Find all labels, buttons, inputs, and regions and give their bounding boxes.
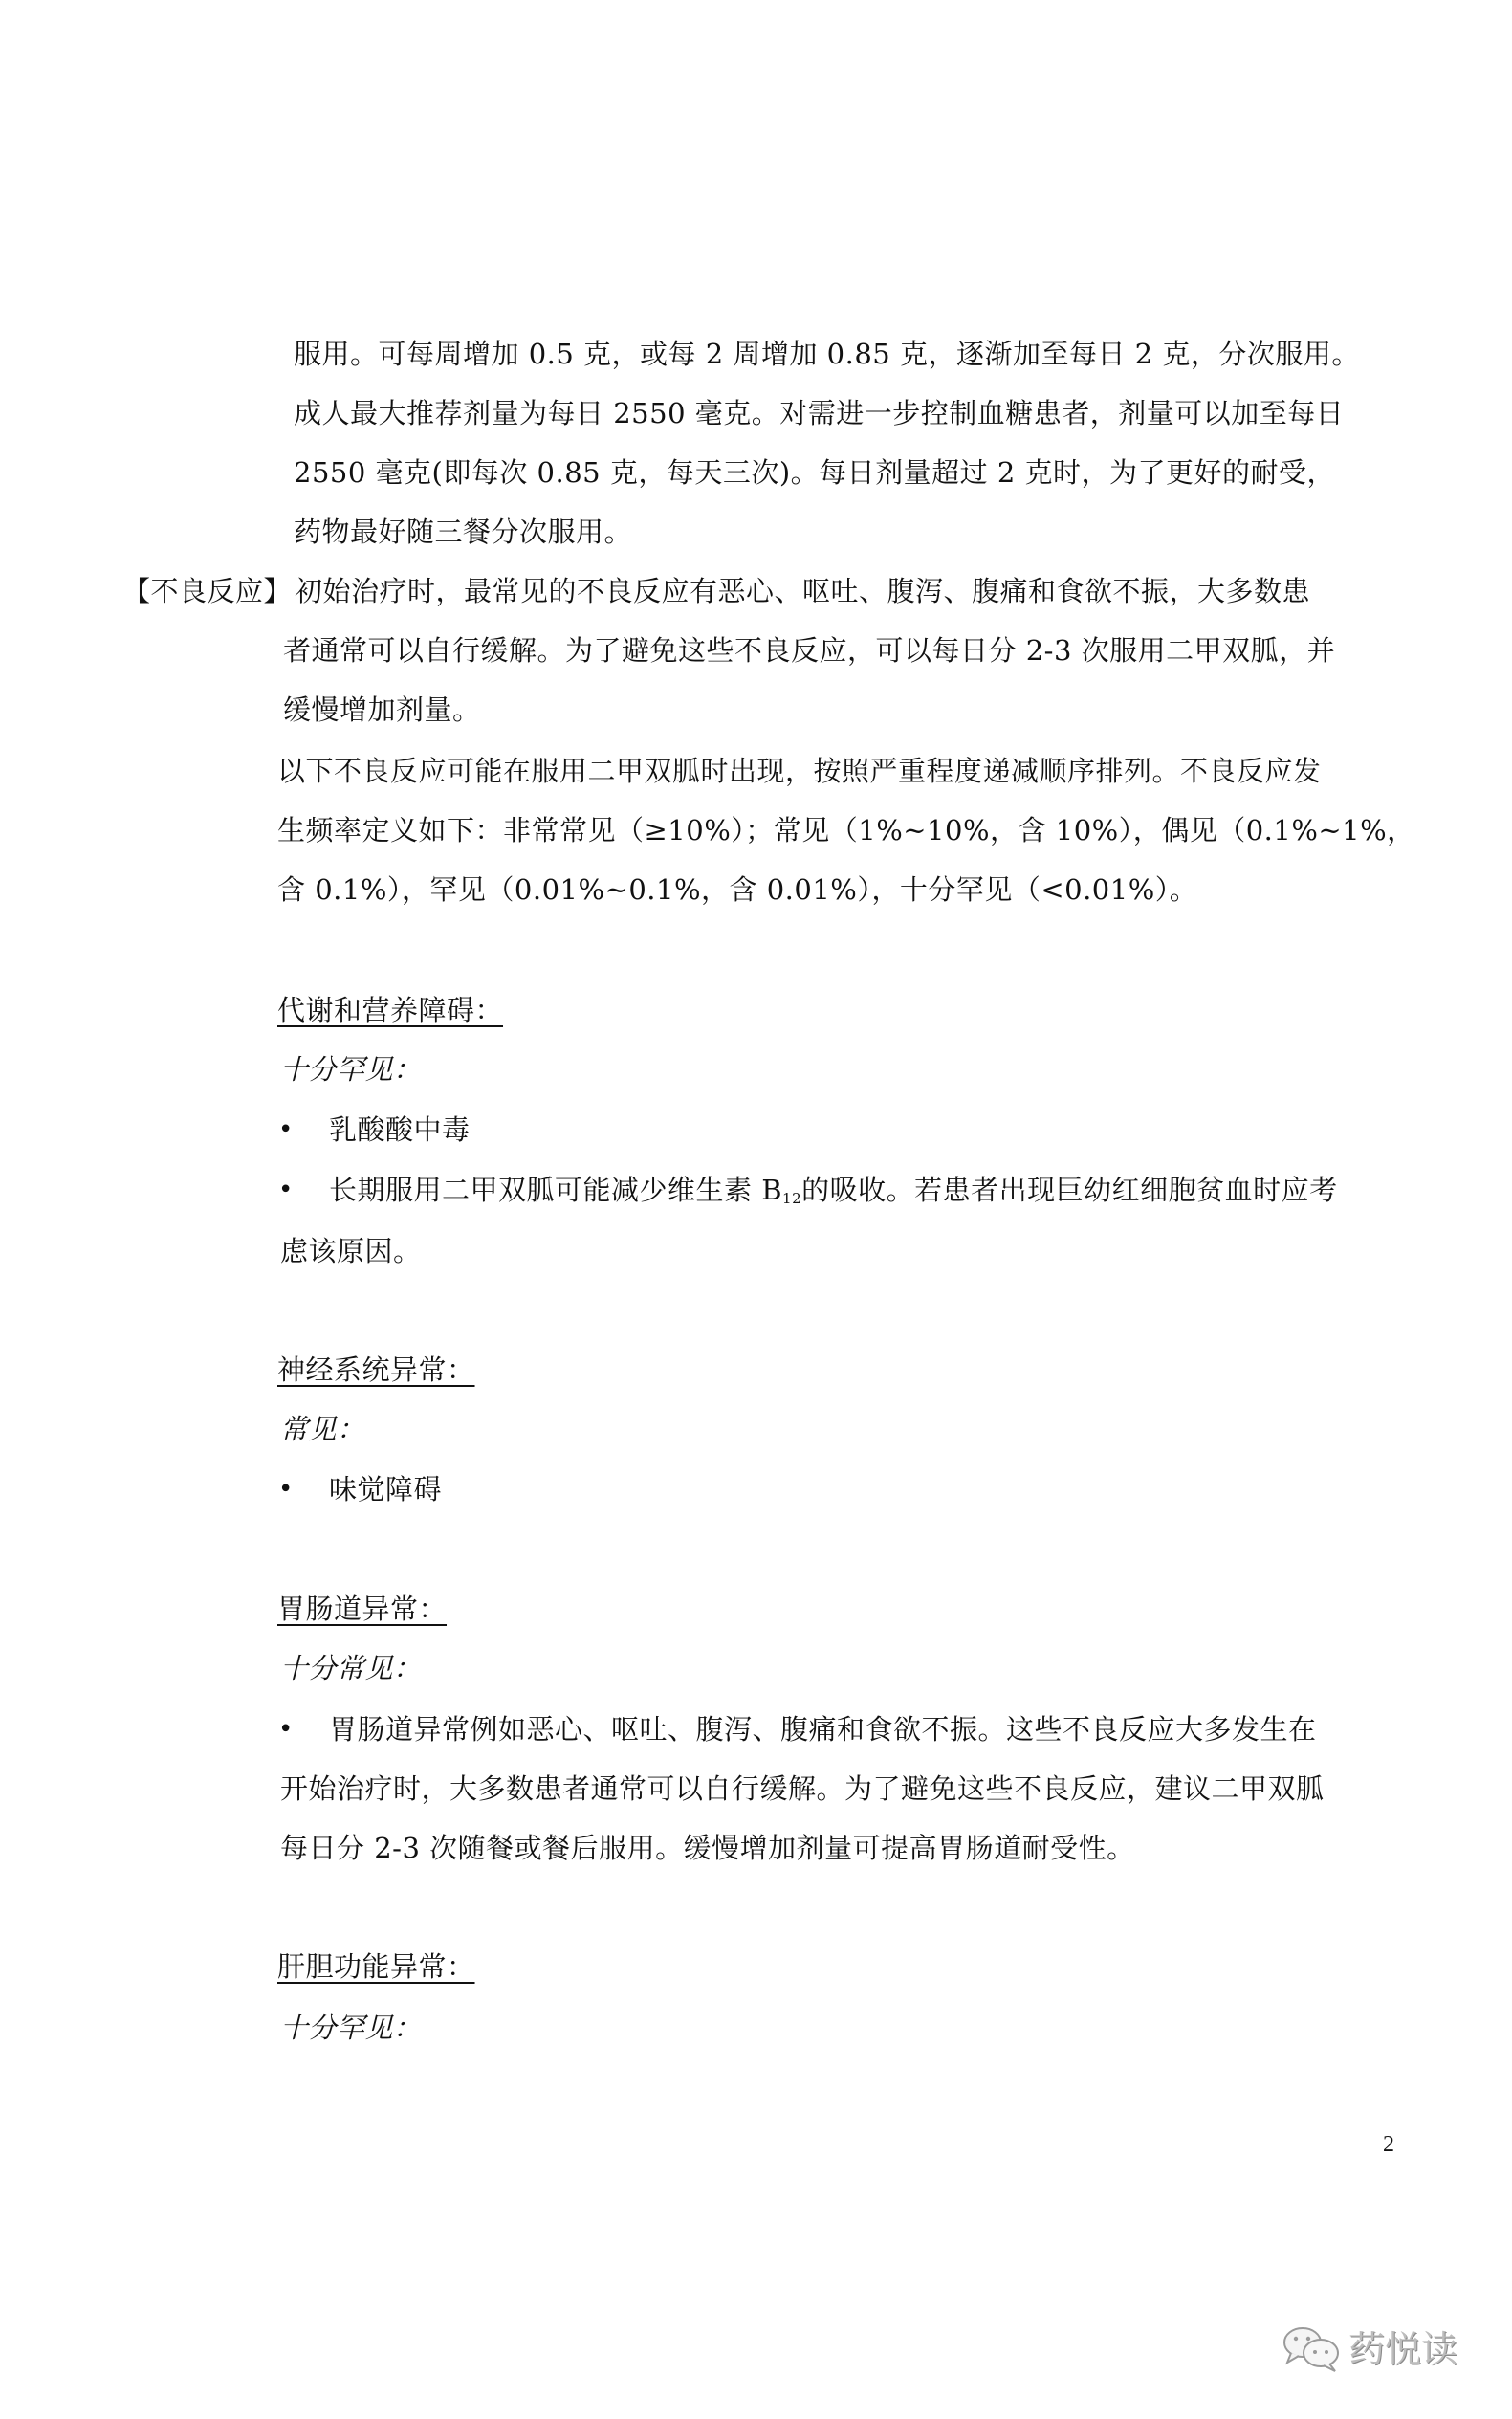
subscript-12: 12 xyxy=(782,1190,801,1207)
dosage-line-2: 成人最大推荐剂量为每日 2550 毫克。对需进一步控制血糖患者，剂量可以加至每日 xyxy=(294,394,1344,432)
section-title: 神经系统异常： xyxy=(277,1353,475,1386)
adverse-intro-line-3: 缓慢增加剂量。 xyxy=(283,691,481,729)
wechat-icon xyxy=(1282,2324,1343,2374)
frequency-line-2: 生频率定义如下：非常常见（≥10%）；常见（1%~10%，含 10%），偶见（0… xyxy=(277,811,1415,849)
section-heading-nervous-system: 神经系统异常： xyxy=(277,1351,504,1389)
adverse-intro-line-1: 初始治疗时，最常见的不良反应有恶心、呕吐、腹泻、腹痛和食欲不振，大多数患 xyxy=(295,572,1310,610)
bullet-item-b12: 长期服用二甲双胍可能减少维生素 B12的吸收。若患者出现巨幼红细胞贫血时应考 xyxy=(329,1171,1338,1218)
section-heading-metabolism: 代谢和营养障碍： xyxy=(277,991,532,1029)
dosage-line-4: 药物最好随三餐分次服用。 xyxy=(294,513,632,551)
bullet-icon: • xyxy=(278,1171,293,1209)
adverse-reactions-label: 【不良反应】 xyxy=(122,572,292,610)
bullet-item-gi-continuation-1: 开始治疗时，大多数患者通常可以自行缓解。为了避免这些不良反应，建议二甲双胍 xyxy=(280,1770,1325,1808)
frequency-label-common: 常见： xyxy=(280,1410,365,1448)
page-number: 2 xyxy=(1383,2130,1394,2159)
frequency-line-3: 含 0.1%），罕见（0.01%~0.1%，含 0.01%），十分罕见（<0.0… xyxy=(277,870,1197,909)
bullet-item-taste-disorder: 味觉障碍 xyxy=(329,1470,442,1508)
bullet-icon: • xyxy=(278,1710,293,1748)
watermark-text: 药悦读 xyxy=(1348,2328,1457,2370)
bullet-text: 长期服用二甲双胍可能减少维生素 B xyxy=(329,1174,782,1206)
frequency-label-very-rare: 十分罕见： xyxy=(280,1050,422,1089)
bullet-item-gi-continuation-2: 每日分 2-3 次随餐或餐后服用。缓慢增加剂量可提高胃肠道耐受性。 xyxy=(280,1829,1135,1867)
adverse-intro-line-2: 者通常可以自行缓解。为了避免这些不良反应，可以每日分 2-3 次服用二甲双胍，并 xyxy=(283,631,1335,670)
bullet-item-b12-continuation: 虑该原因。 xyxy=(280,1232,422,1270)
frequency-line-1: 以下不良反应可能在服用二甲双胍时出现，按照严重程度递减顺序排列。不良反应发 xyxy=(277,752,1322,790)
bullet-icon: • xyxy=(278,1470,293,1508)
watermark: 药悦读 xyxy=(1282,2324,1457,2374)
bullet-icon: • xyxy=(278,1111,293,1149)
frequency-label-very-common: 十分常见： xyxy=(280,1649,422,1687)
section-heading-hepatobiliary: 肝胆功能异常： xyxy=(277,1947,504,1986)
bullet-item-gi-disorders: 胃肠道异常例如恶心、呕吐、腹泻、腹痛和食欲不振。这些不良反应大多发生在 xyxy=(329,1710,1317,1748)
section-heading-gastrointestinal: 胃肠道异常： xyxy=(277,1590,475,1628)
bullet-item-lactic-acidosis: 乳酸酸中毒 xyxy=(329,1111,471,1149)
bullet-text: 的吸收。若患者出现巨幼红细胞贫血时应考 xyxy=(801,1174,1338,1206)
frequency-label-very-rare: 十分罕见： xyxy=(280,2009,422,2047)
section-title: 肝胆功能异常： xyxy=(277,1950,475,1983)
document-page: 服用。可每周增加 0.5 克，或每 2 周增加 0.85 克，逐渐加至每日 2 … xyxy=(0,0,1512,2419)
dosage-line-1: 服用。可每周增加 0.5 克，或每 2 周增加 0.85 克，逐渐加至每日 2 … xyxy=(294,335,1360,373)
dosage-line-3: 2550 毫克(即每次 0.85 克，每天三次)。每日剂量超过 2 克时，为了更… xyxy=(294,453,1335,492)
section-title: 胃肠道异常： xyxy=(277,1593,447,1625)
section-title: 代谢和营养障碍： xyxy=(277,994,503,1026)
